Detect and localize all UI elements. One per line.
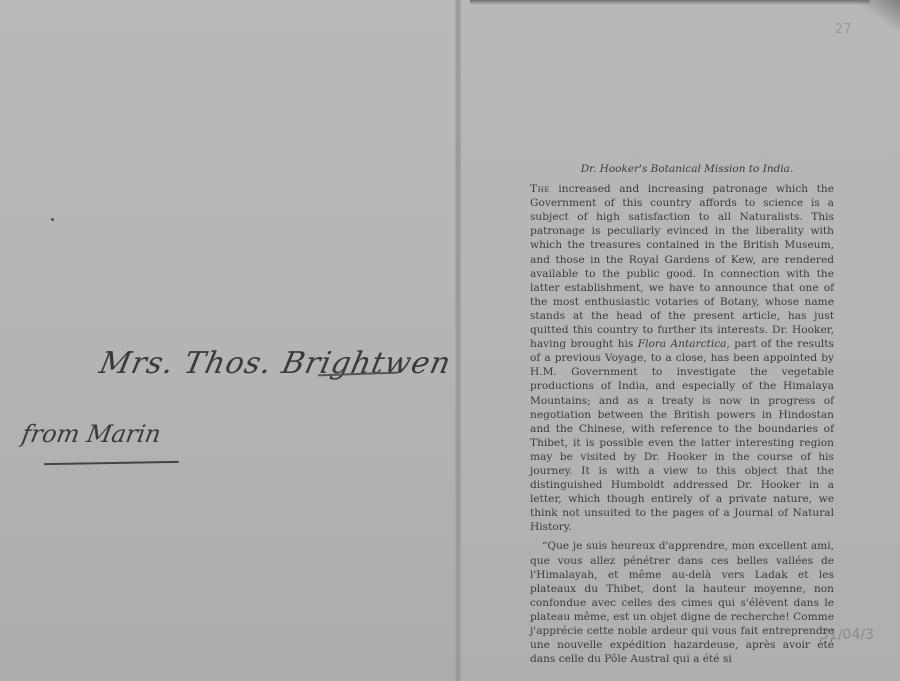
- paragraph-1-text: increased and increasing patronage which…: [530, 183, 834, 350]
- paragraph-1-rest: , part of the results of a previous Voya…: [530, 338, 834, 533]
- handwritten-from-inscription: from Marin: [20, 420, 164, 448]
- page-fold: [455, 0, 461, 681]
- book-title-italic: Flora Antarctica: [638, 338, 727, 350]
- article-title: Dr. Hooker's Botanical Mission to India.: [530, 162, 834, 176]
- corner-shadow: [860, 0, 900, 30]
- article-paragraph-1: The increased and increasing patronage w…: [530, 182, 834, 534]
- handwritten-name-inscription: Mrs. Thos. Brightwen: [96, 346, 454, 381]
- dropcap-word: The: [530, 183, 550, 195]
- ink-spot: [51, 218, 54, 221]
- page-edge-shadow: [470, 0, 870, 5]
- left-page: [0, 0, 458, 681]
- article-paragraph-2: “Que je suis heureux d'apprendre, mon ex…: [530, 539, 834, 666]
- pencil-page-number: 27: [835, 22, 852, 37]
- article: Dr. Hooker's Botanical Mission to India.…: [530, 162, 834, 666]
